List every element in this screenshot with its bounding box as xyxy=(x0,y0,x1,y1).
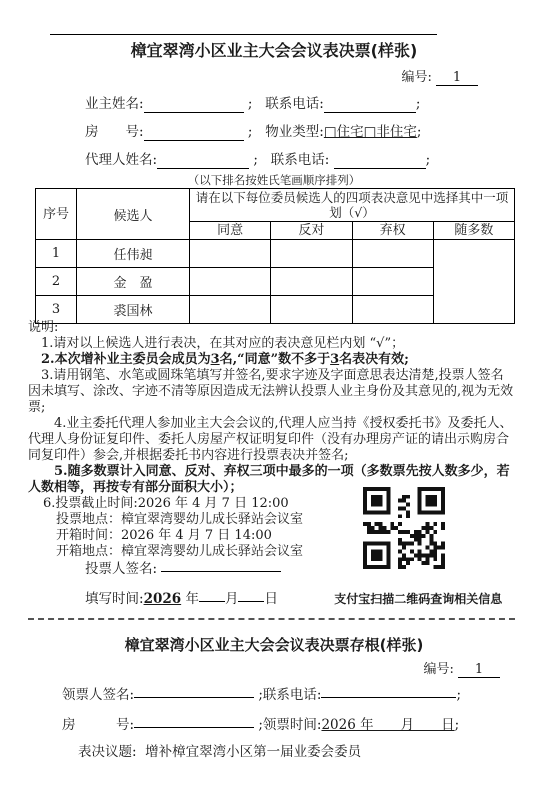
col-header-abstain: 弃权 xyxy=(352,222,433,240)
day-suffix: 日 xyxy=(264,591,278,607)
receiver-sign-blank xyxy=(134,682,254,698)
candidate-vote-table: 序号 候选人 请在以下每位委员候选人的四项表决意见中选择其中一项划（√） 同意 … xyxy=(35,188,515,324)
separator: ; xyxy=(417,124,422,140)
stub-room-row: 房 号: ;领票时间:2026 年 月 日; xyxy=(62,712,459,733)
month-suffix: 月 xyxy=(225,591,239,607)
item2-text: 名,“同意”数不多于 xyxy=(220,352,330,367)
day-blank xyxy=(238,586,264,602)
seq-cell: 2 xyxy=(36,268,77,296)
serial-label: 编号: xyxy=(401,70,431,85)
cut-line-separator xyxy=(28,618,515,620)
owner-name-row: 业主姓名: ; 联系电话:; xyxy=(85,90,525,118)
property-type-label: 物业类型: xyxy=(265,124,324,140)
year-suffix: 年 xyxy=(185,591,199,607)
header-rule xyxy=(50,34,437,35)
vote-cell-oppose-1 xyxy=(271,240,352,268)
ballot-serial: 编号: 1 xyxy=(0,66,548,86)
qr-code xyxy=(363,487,445,569)
owner-info-form: 业主姓名: ; 联系电话:; 房 号: ; 物业类型:□住宅□非住宅; 代理人姓… xyxy=(85,90,525,174)
stroke-order-note: （以下排名按姓氏笔画顺序排列） xyxy=(0,172,548,188)
ballot-document-page: 樟宜翠湾小区业主大会会议表决票(样张) 编号: 1 业主姓名: ; 联系电话:;… xyxy=(0,0,548,787)
separator: ; xyxy=(253,152,258,168)
serial-value: 1 xyxy=(436,70,478,86)
stub-title: 樟宜翠湾小区业主大会会议表决票存根(样张) xyxy=(0,634,548,655)
vote-cell-agree-2 xyxy=(190,268,271,296)
phone2-label: 联系电话: xyxy=(271,152,330,168)
receive-time-value: 2026 年 月 日 xyxy=(321,717,454,733)
instruction-item-4: 4.业主委托代理人参加业主大会会议的,代理人应当持《授权委托书》及委托人、代理人… xyxy=(28,416,514,464)
fill-time-row: 填写时间:2026 年月日 支付宝扫描二维码查询相关信息 xyxy=(85,586,502,607)
item2-text: 2.本次增补业主委员会成员为 xyxy=(41,352,211,367)
phone1-label: 联系电话: xyxy=(265,96,324,112)
item2-count-1: 3 xyxy=(211,352,220,367)
instructions-heading: 说明: xyxy=(28,320,514,336)
agent-name-blank xyxy=(157,153,249,169)
instruction-item-1: 1.请对以上候选人进行表决，在其对应的表决意见栏内划 “√”； xyxy=(28,336,514,352)
separator: ; xyxy=(248,124,253,140)
alipay-scan-note: 支付宝扫描二维码查询相关信息 xyxy=(334,592,502,606)
voter-signature-row: 投票人签名: xyxy=(85,556,281,577)
vote-topic-row: 表决议题: 增补樟宜翠湾小区第一届业委会委员 xyxy=(78,740,361,760)
room-blank xyxy=(144,125,244,141)
owner-name-label: 业主姓名: xyxy=(85,96,144,112)
seq-cell: 1 xyxy=(36,240,77,268)
separator: ; xyxy=(455,717,460,733)
phone1-blank xyxy=(324,97,416,113)
separator: ; xyxy=(248,96,253,112)
voter-sign-label: 投票人签名: xyxy=(85,561,157,577)
col-header-oppose: 反对 xyxy=(271,222,352,240)
fill-time-label: 填写时间: xyxy=(85,591,144,607)
month-blank xyxy=(199,586,225,602)
vote-cell-agree-1 xyxy=(190,240,271,268)
col-header-seq: 序号 xyxy=(36,189,77,240)
vote-cell-oppose-2 xyxy=(271,268,352,296)
owner-name-blank xyxy=(144,97,244,113)
property-type-checkboxes: □住宅□非住宅 xyxy=(324,124,417,140)
agent-name-row: 代理人姓名: ; 联系电话: ; xyxy=(85,146,525,174)
item2-count-2: 3 xyxy=(330,352,339,367)
stub-receiver-row: 领票人签名: ;联系电话:; xyxy=(62,682,461,703)
fill-year-value: 2026 xyxy=(144,591,182,607)
vote-topic-value: 增补樟宜翠湾小区第一届业委会委员 xyxy=(145,744,361,760)
vote-topic-label: 表决议题: xyxy=(78,744,137,760)
separator: ; xyxy=(416,96,421,112)
stub-serial-label: 编号: xyxy=(423,662,453,677)
stub-phone-label: ;联系电话: xyxy=(258,687,321,703)
instruction-item-3: 3.请用钢笔、水笔或圆珠笔填写并签名,要求字迹及字面意思表达清楚,投票人签名因未… xyxy=(28,368,514,416)
table-row: 1 任伟昶 xyxy=(36,240,515,268)
stub-serial-value: 1 xyxy=(458,662,500,678)
receiver-sign-label: 领票人签名: xyxy=(62,687,134,703)
room-label: 房 号: xyxy=(85,124,144,140)
vote-cell-majority-merged xyxy=(433,240,514,324)
vote-cell-abstain-1 xyxy=(352,240,433,268)
vote-cell-abstain-2 xyxy=(352,268,433,296)
stub-room-blank xyxy=(134,712,254,728)
candidate-name-cell: 任伟昶 xyxy=(77,240,190,268)
voter-sign-blank xyxy=(161,556,281,572)
room-row: 房 号: ; 物业类型:□住宅□非住宅; xyxy=(85,118,525,146)
candidate-name-cell: 金 盈 xyxy=(77,268,190,296)
instruction-item-2: 2.本次增补业主委员会成员为3名,“同意”数不多于3名表决有效; xyxy=(28,352,514,368)
col-header-agree: 同意 xyxy=(190,222,271,240)
stub-phone-blank xyxy=(321,682,456,698)
phone2-blank xyxy=(334,153,426,169)
receive-time-label: ;领票时间: xyxy=(258,717,321,733)
separator: ; xyxy=(456,687,461,703)
col-header-majority: 随多数 xyxy=(433,222,514,240)
ballot-title: 樟宜翠湾小区业主大会会议表决票(样张) xyxy=(0,38,548,61)
item2-text: 名表决有效; xyxy=(339,352,409,367)
stub-serial: 编号: 1 xyxy=(0,658,548,678)
stub-room-label: 房 号: xyxy=(62,717,134,733)
agent-name-label: 代理人姓名: xyxy=(85,152,157,168)
vote-instruction-header: 请在以下每位委员候选人的四项表决意见中选择其中一项划（√） xyxy=(190,189,515,222)
col-header-candidate: 候选人 xyxy=(77,189,190,240)
separator: ; xyxy=(426,152,431,168)
